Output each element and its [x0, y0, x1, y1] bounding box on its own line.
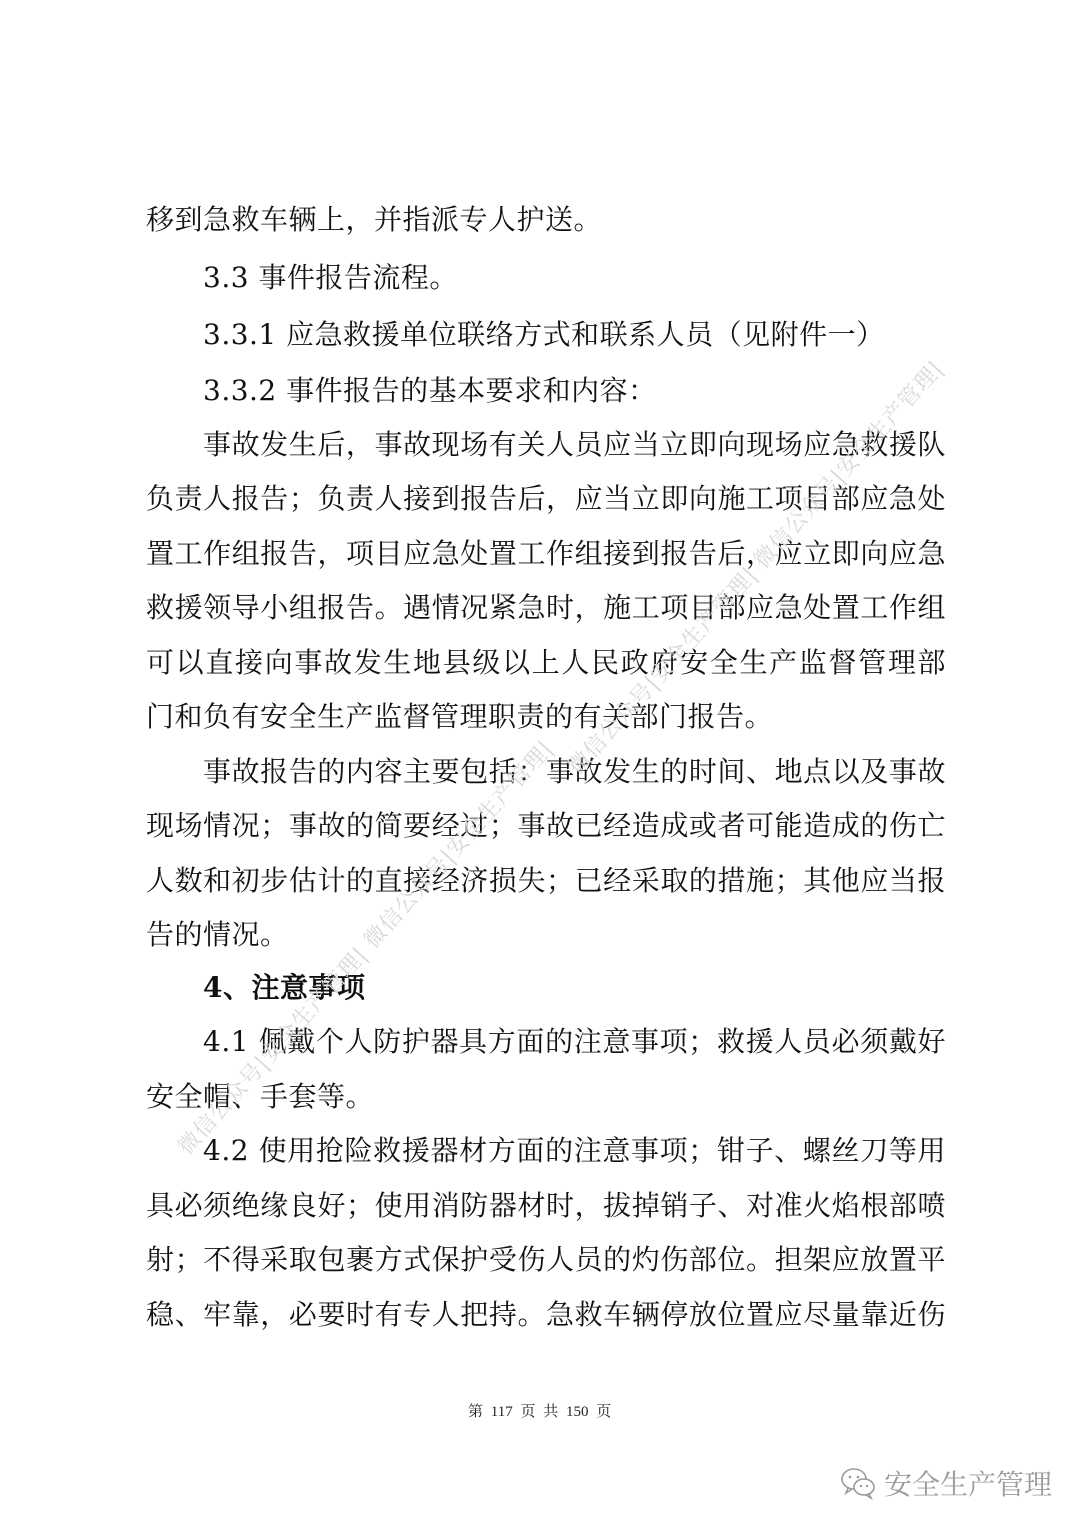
text-line: 安全帽、手套等。 [146, 1080, 946, 1114]
text-line: 具必须绝缘良好；使用消防器材时，拔掉销子、对准火焰根部喷 [146, 1189, 946, 1223]
brand-name: 安全生产管理 [884, 1463, 1052, 1503]
section-heading: 4、注意事项 [203, 971, 1003, 1005]
text-line: 人数和初步估计的直接经济损失；已经采取的措施；其他应当报 [146, 864, 946, 898]
page-footer: 第 117 页 共 150 页 [468, 1400, 611, 1421]
text-line: 置工作组报告，项目应急处置工作组接到报告后，应立即向应急 [146, 537, 946, 571]
text-line: 负责人报告；负责人接到报告后，应当立即向施工项目部应急处 [146, 482, 946, 516]
text-line: 事故报告的内容主要包括：事故发生的时间、地点以及事故 [203, 755, 946, 789]
text-line: 3.3 事件报告流程。 [203, 261, 1003, 295]
text-line: 可以直接向事故发生地县级以上人民政府安全生产监督管理部 [146, 646, 946, 680]
text-line: 事故发生后，事故现场有关人员应当立即向现场应急救援队 [203, 428, 946, 462]
brand-signature: 安全生产管理 [840, 1463, 1052, 1503]
text-line: 射；不得采取包裹方式保护受伤人员的灼伤部位。担架应放置平 [146, 1243, 946, 1277]
text-line: 4.2 使用抢险救援器材方面的注意事项；钳子、螺丝刀等用 [203, 1134, 946, 1168]
text-line: 3.3.2 事件报告的基本要求和内容： [203, 374, 1003, 408]
text-line: 现场情况；事故的简要经过；事故已经造成或者可能造成的伤亡 [146, 809, 946, 843]
wechat-icon [840, 1466, 876, 1500]
text-line: 门和负有安全生产监督管理职责的有关部门报告。 [146, 700, 946, 734]
text-line: 告的情况。 [146, 918, 946, 952]
text-line: 3.3.1 应急救援单位联络方式和联系人员（见附件一） [203, 318, 1003, 352]
document-page: 移到急救车辆上，并指派专人护送。3.3 事件报告流程。3.3.1 应急救援单位联… [0, 0, 1080, 1528]
text-line: 稳、牢靠，必要时有专人把持。急救车辆停放位置应尽量靠近伤 [146, 1298, 946, 1332]
text-line: 4.1 佩戴个人防护器具方面的注意事项；救援人员必须戴好 [203, 1025, 946, 1059]
text-line: 救援领导小组报告。遇情况紧急时，施工项目部应急处置工作组 [146, 591, 946, 625]
text-line: 移到急救车辆上，并指派专人护送。 [146, 203, 946, 237]
